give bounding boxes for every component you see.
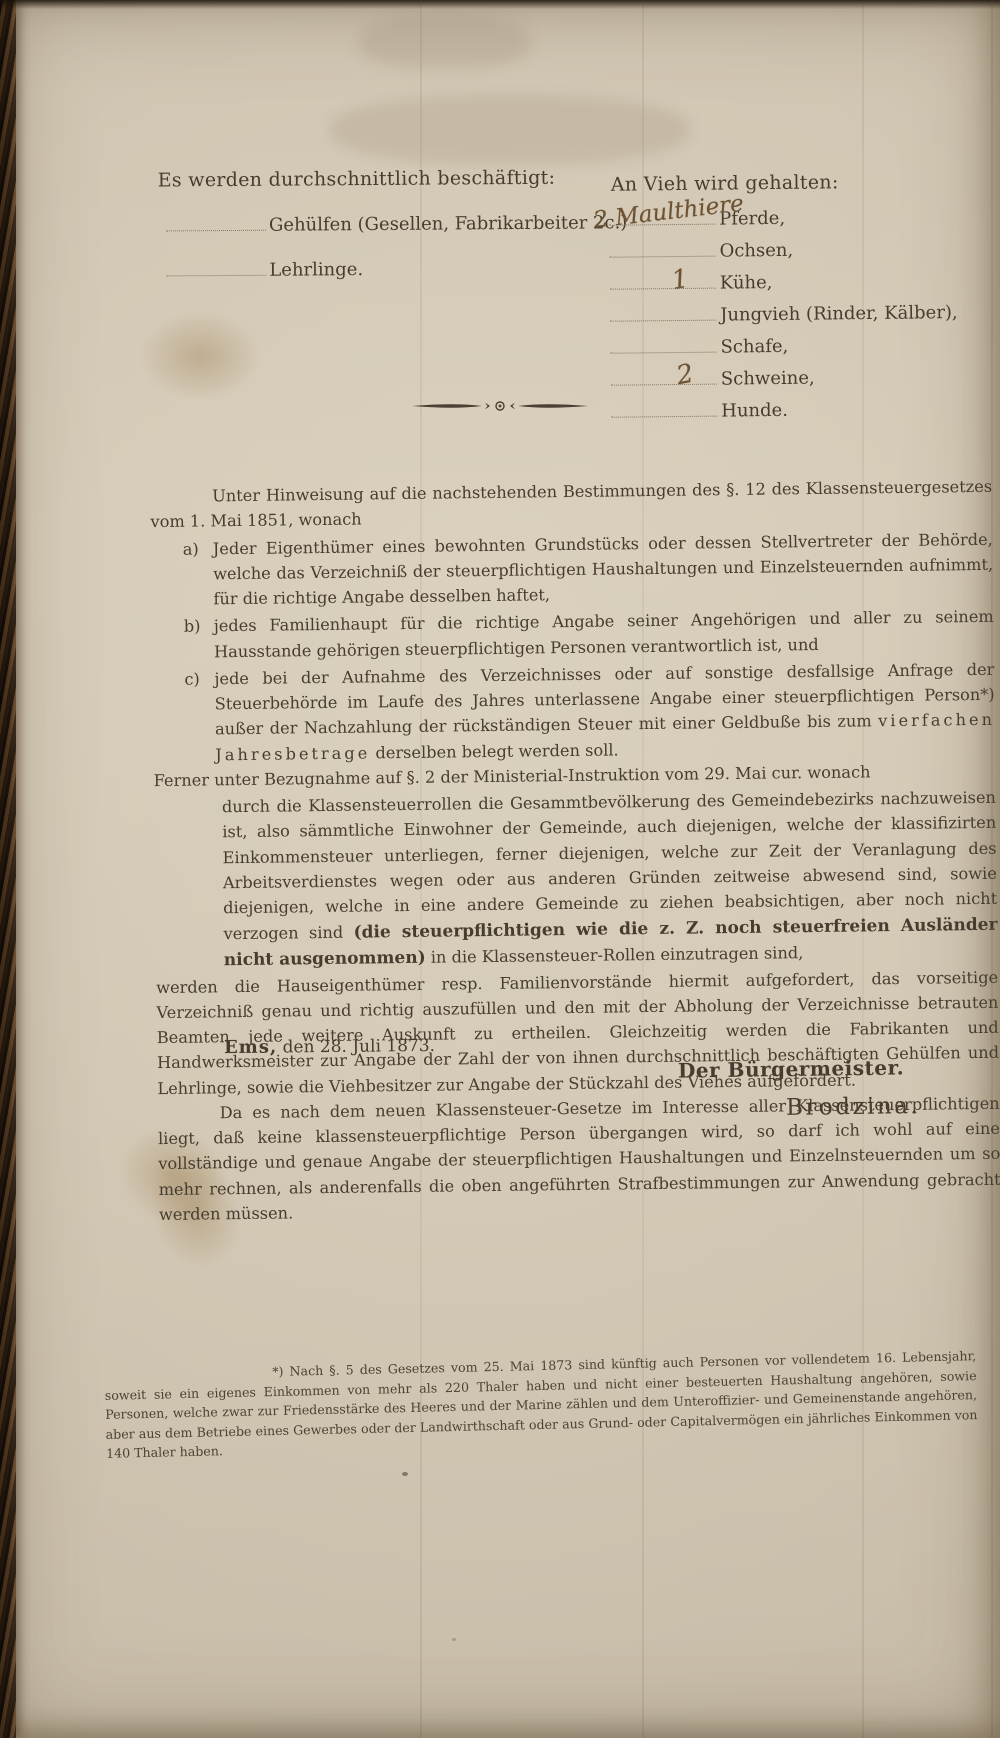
dotted-blank [611, 370, 717, 386]
page-top-edge [0, 0, 1000, 9]
section-divider [0, 398, 1000, 417]
livestock-heading: An Vieh wird gehalten: [599, 170, 949, 196]
signature-name: Brodzina. [786, 1093, 921, 1121]
clause-marker: c) [184, 666, 200, 691]
form-row-ochsen: Ochsen, [599, 238, 949, 263]
document-page: Es werden durchschnittlich beschäftigt: … [0, 0, 1000, 1738]
clause-b: b) jedes Familienhaupt für die richtige … [152, 604, 995, 665]
employment-section: Es werden durchschnittlich beschäftigt: … [158, 167, 589, 282]
notice-intro: Unter Hinweisung auf die nachstehenden B… [150, 474, 993, 535]
clause-a: a) Jeder Eigenthümer eines bewohnten Gru… [151, 526, 994, 612]
form-label: Lehrlinge. [269, 259, 363, 281]
divider-ornament-icon [410, 399, 590, 413]
form-row-jungvieh: Jungvieh (Rinder, Kälber), [600, 302, 950, 327]
dotted-blank [610, 338, 716, 354]
dotted-blank [610, 306, 716, 322]
binding-edge [0, 0, 16, 1738]
form-label: Pferde, [719, 208, 785, 230]
form-label: Schweine, [721, 368, 815, 390]
ink-bleedthrough [330, 95, 690, 165]
dotted-blank [166, 216, 266, 232]
ink-speck [402, 1472, 408, 1476]
dateline: Ems, den 28. Juli 1873. [224, 1035, 435, 1058]
clause-marker: b) [184, 614, 201, 639]
date-text: den 28. Juli 1873. [277, 1036, 435, 1058]
place-name: Ems, [224, 1037, 277, 1059]
livestock-section: An Vieh wird gehalten: 2 Maulthiere Pfer… [599, 170, 952, 423]
paper-stain [140, 312, 260, 400]
clause-marker: a) [183, 536, 199, 561]
clause-c: c) jede bei der Aufnahme des Verzeichnis… [152, 657, 995, 768]
signature-title: Der Bürgermeister. [678, 1055, 904, 1082]
form-row-gehuelfen: Gehülfen (Gesellen, Fabrikarbeiter 2c.) [158, 212, 588, 236]
ink-bleedthrough [360, 16, 530, 68]
form-row-schweine: 2 Schweine, [601, 366, 951, 391]
footnote: *) Nach §. 5 des Gesetzes vom 25. Mai 18… [104, 1346, 978, 1463]
form-label: Schafe, [720, 336, 788, 358]
clause-text: jedes Familienhaupt für die richtige Ang… [214, 607, 994, 661]
dotted-blank [166, 261, 266, 277]
clause-text: Jeder Eigenthümer eines bewohnten Grunds… [213, 529, 993, 608]
dotted-blank [610, 274, 716, 290]
dotted-blank [609, 242, 715, 258]
form-label: Kühe, [720, 272, 773, 294]
form-label: Gehülfen (Gesellen, Fabrikarbeiter 2c.) [269, 212, 627, 236]
notice-para-werden: werden die Hauseigenthümer resp. Familie… [156, 964, 999, 1101]
form-label: Ochsen, [719, 240, 793, 262]
employment-heading: Es werden durchschnittlich beschäftigt: [158, 167, 588, 192]
form-row-pferde: 2 Maulthiere Pferde, [599, 206, 949, 231]
dotted-blank [609, 210, 715, 226]
clause-text: jede bei der Aufnahme des Verzeichnisses… [214, 660, 995, 764]
notice-indented-clause: durch die Klassensteuerrollen die Gesamm… [154, 785, 998, 975]
form-row-kuehe: 1 Kühe, [600, 270, 950, 295]
form-label: Jungvieh (Rinder, Kälber), [720, 302, 958, 325]
ink-speck [452, 1638, 456, 1641]
form-row-lehrlinge: Lehrlinge. [158, 257, 588, 281]
indented-text: in die Klassensteuer-Rollen einzutragen … [426, 943, 804, 967]
form-row-schafe: Schafe, [600, 334, 950, 359]
